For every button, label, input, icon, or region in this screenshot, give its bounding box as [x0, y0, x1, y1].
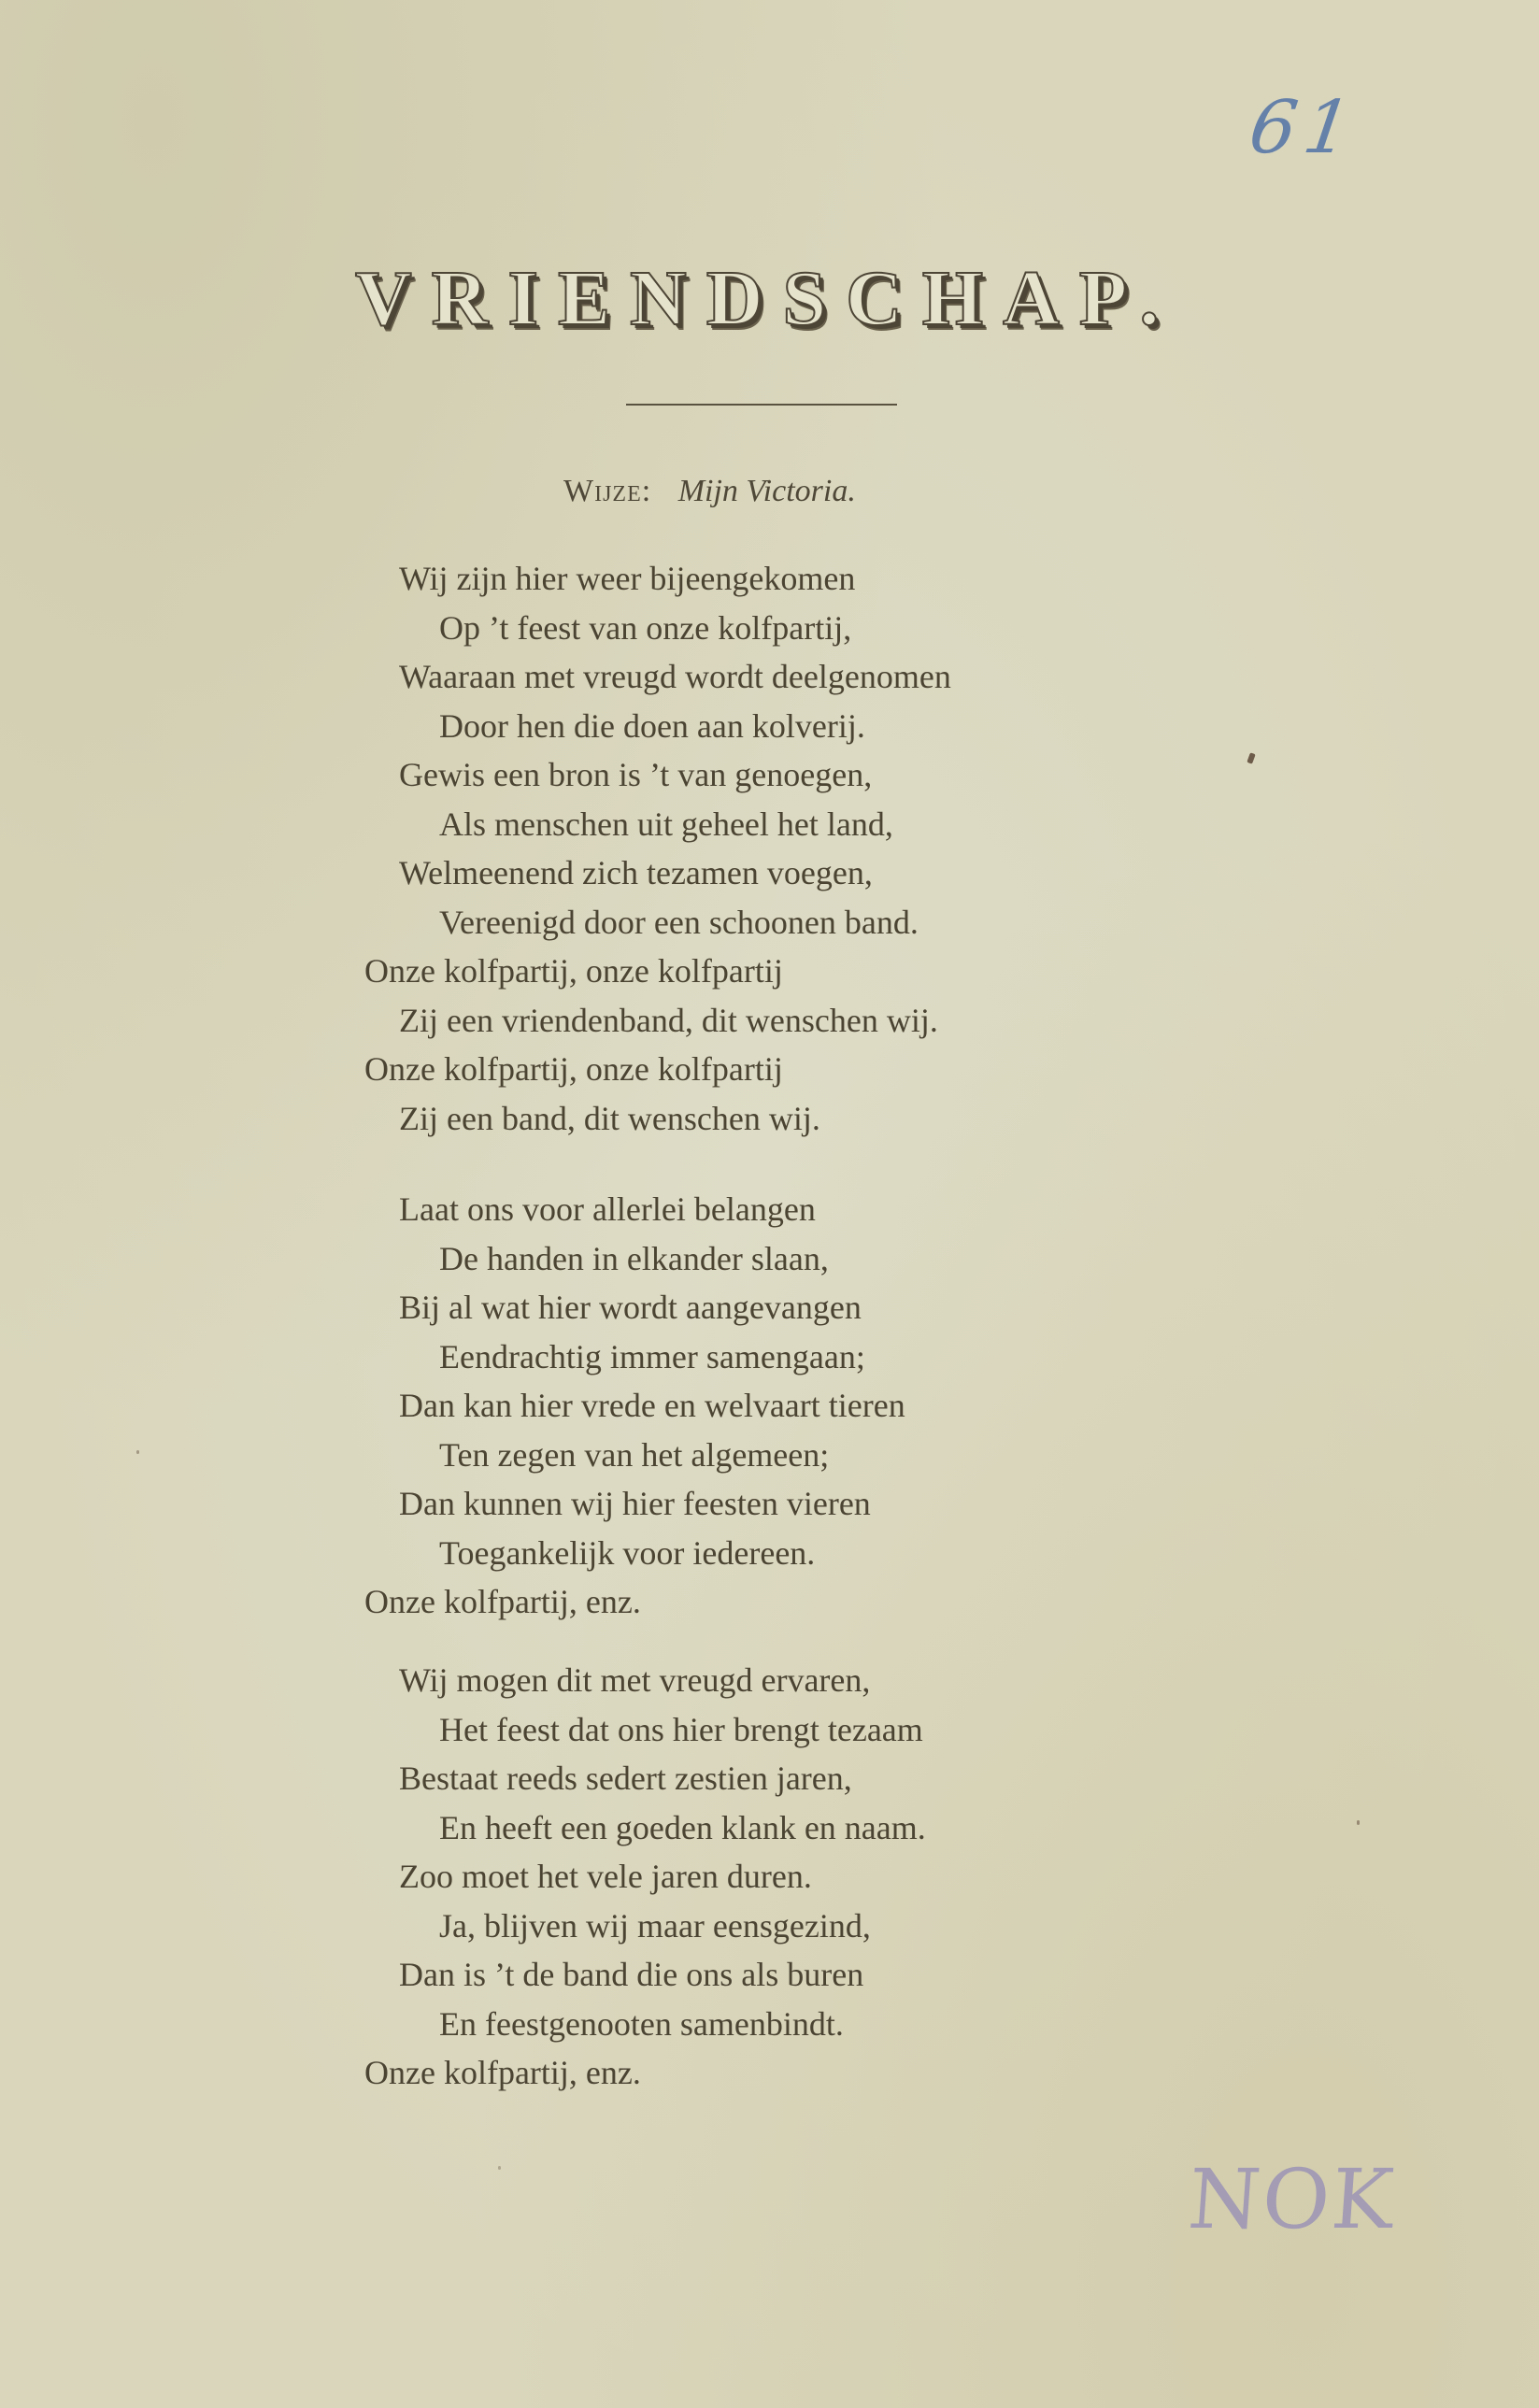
refrain-line: Onze kolfpartij, onze kolfpartij	[364, 947, 951, 996]
tune-label: Wijze:	[563, 474, 651, 508]
verse-line: Toegankelijk voor iedereen.	[364, 1529, 905, 1578]
verse-line: Wij zijn hier weer bijeengekomen	[364, 554, 951, 604]
verse-line: Als menschen uit geheel het land,	[364, 800, 951, 849]
verse-line: Waaraan met vreugd wordt deelgenomen	[364, 652, 951, 702]
verse-line: Laat ons voor allerlei belangen	[364, 1185, 905, 1234]
verse-line: Door hen die doen aan kolverij.	[364, 702, 951, 751]
verse-line: En feestgenooten samenbindt.	[364, 2000, 926, 2049]
verse-1: Wij zijn hier weer bijeengekomenOp ’t fe…	[364, 554, 951, 1143]
verse-line: Dan kan hier vrede en welvaart tieren	[364, 1381, 905, 1431]
verse-line: Vereenigd door een schoonen band.	[364, 898, 951, 948]
verse-line: Het feest dat ons hier brengt tezaam	[364, 1705, 926, 1755]
library-stamp: NOK	[1185, 2151, 1398, 2247]
verse-line: Wij mogen dit met vreugd ervaren,	[364, 1656, 926, 1705]
paper-speck	[1357, 1820, 1360, 1825]
paper-speck	[1247, 752, 1255, 763]
verse-line: Dan kunnen wij hier feesten vieren	[364, 1479, 905, 1529]
tune-name: Mijn Victoria.	[678, 474, 856, 508]
verse-3: Wij mogen dit met vreugd ervaren,Het fee…	[364, 1656, 926, 2098]
verse-line: De handen in elkander slaan,	[364, 1234, 905, 1284]
verse-line: Zij een vriendenband, dit wenschen wij.	[364, 996, 951, 1046]
song-title: VRIENDSCHAP.	[355, 260, 1187, 338]
verse-line: Eendrachtig immer samengaan;	[364, 1332, 905, 1382]
verse-line: Bestaat reeds sedert zestien jaren,	[364, 1754, 926, 1803]
refrain-line: Onze kolfpartij, onze kolfpartij	[364, 1045, 951, 1094]
verse-line: Ja, blijven wij maar eensgezind,	[364, 1902, 926, 1951]
refrain-line: Onze kolfpartij, enz.	[364, 1577, 905, 1627]
verse-line: Zoo moet het vele jaren duren.	[364, 1852, 926, 1902]
refrain-line: Onze kolfpartij, enz.	[364, 2048, 926, 2098]
title-rule	[626, 404, 897, 406]
verse-line: En heeft een goeden klank en naam.	[364, 1803, 926, 1853]
tune-indication: Wijze: Mijn Victoria.	[563, 474, 856, 509]
paper-speck	[498, 2166, 501, 2170]
verse-line: Op ’t feest van onze kolfpartij,	[364, 604, 951, 653]
verse-line: Gewis een bron is ’t van genoegen,	[364, 750, 951, 800]
verse-line: Bij al wat hier wordt aangevangen	[364, 1283, 905, 1332]
verse-line: Ten zegen van het algemeen;	[364, 1431, 905, 1480]
paper-speck	[136, 1450, 139, 1454]
page-number-handwritten: 61	[1245, 86, 1364, 170]
verse-2: Laat ons voor allerlei belangenDe handen…	[364, 1185, 905, 1627]
verse-line: Dan is ’t de band die ons als buren	[364, 1950, 926, 2000]
verse-line: Welmeenend zich tezamen voegen,	[364, 848, 951, 898]
verse-line: Zij een band, dit wenschen wij.	[364, 1094, 951, 1144]
